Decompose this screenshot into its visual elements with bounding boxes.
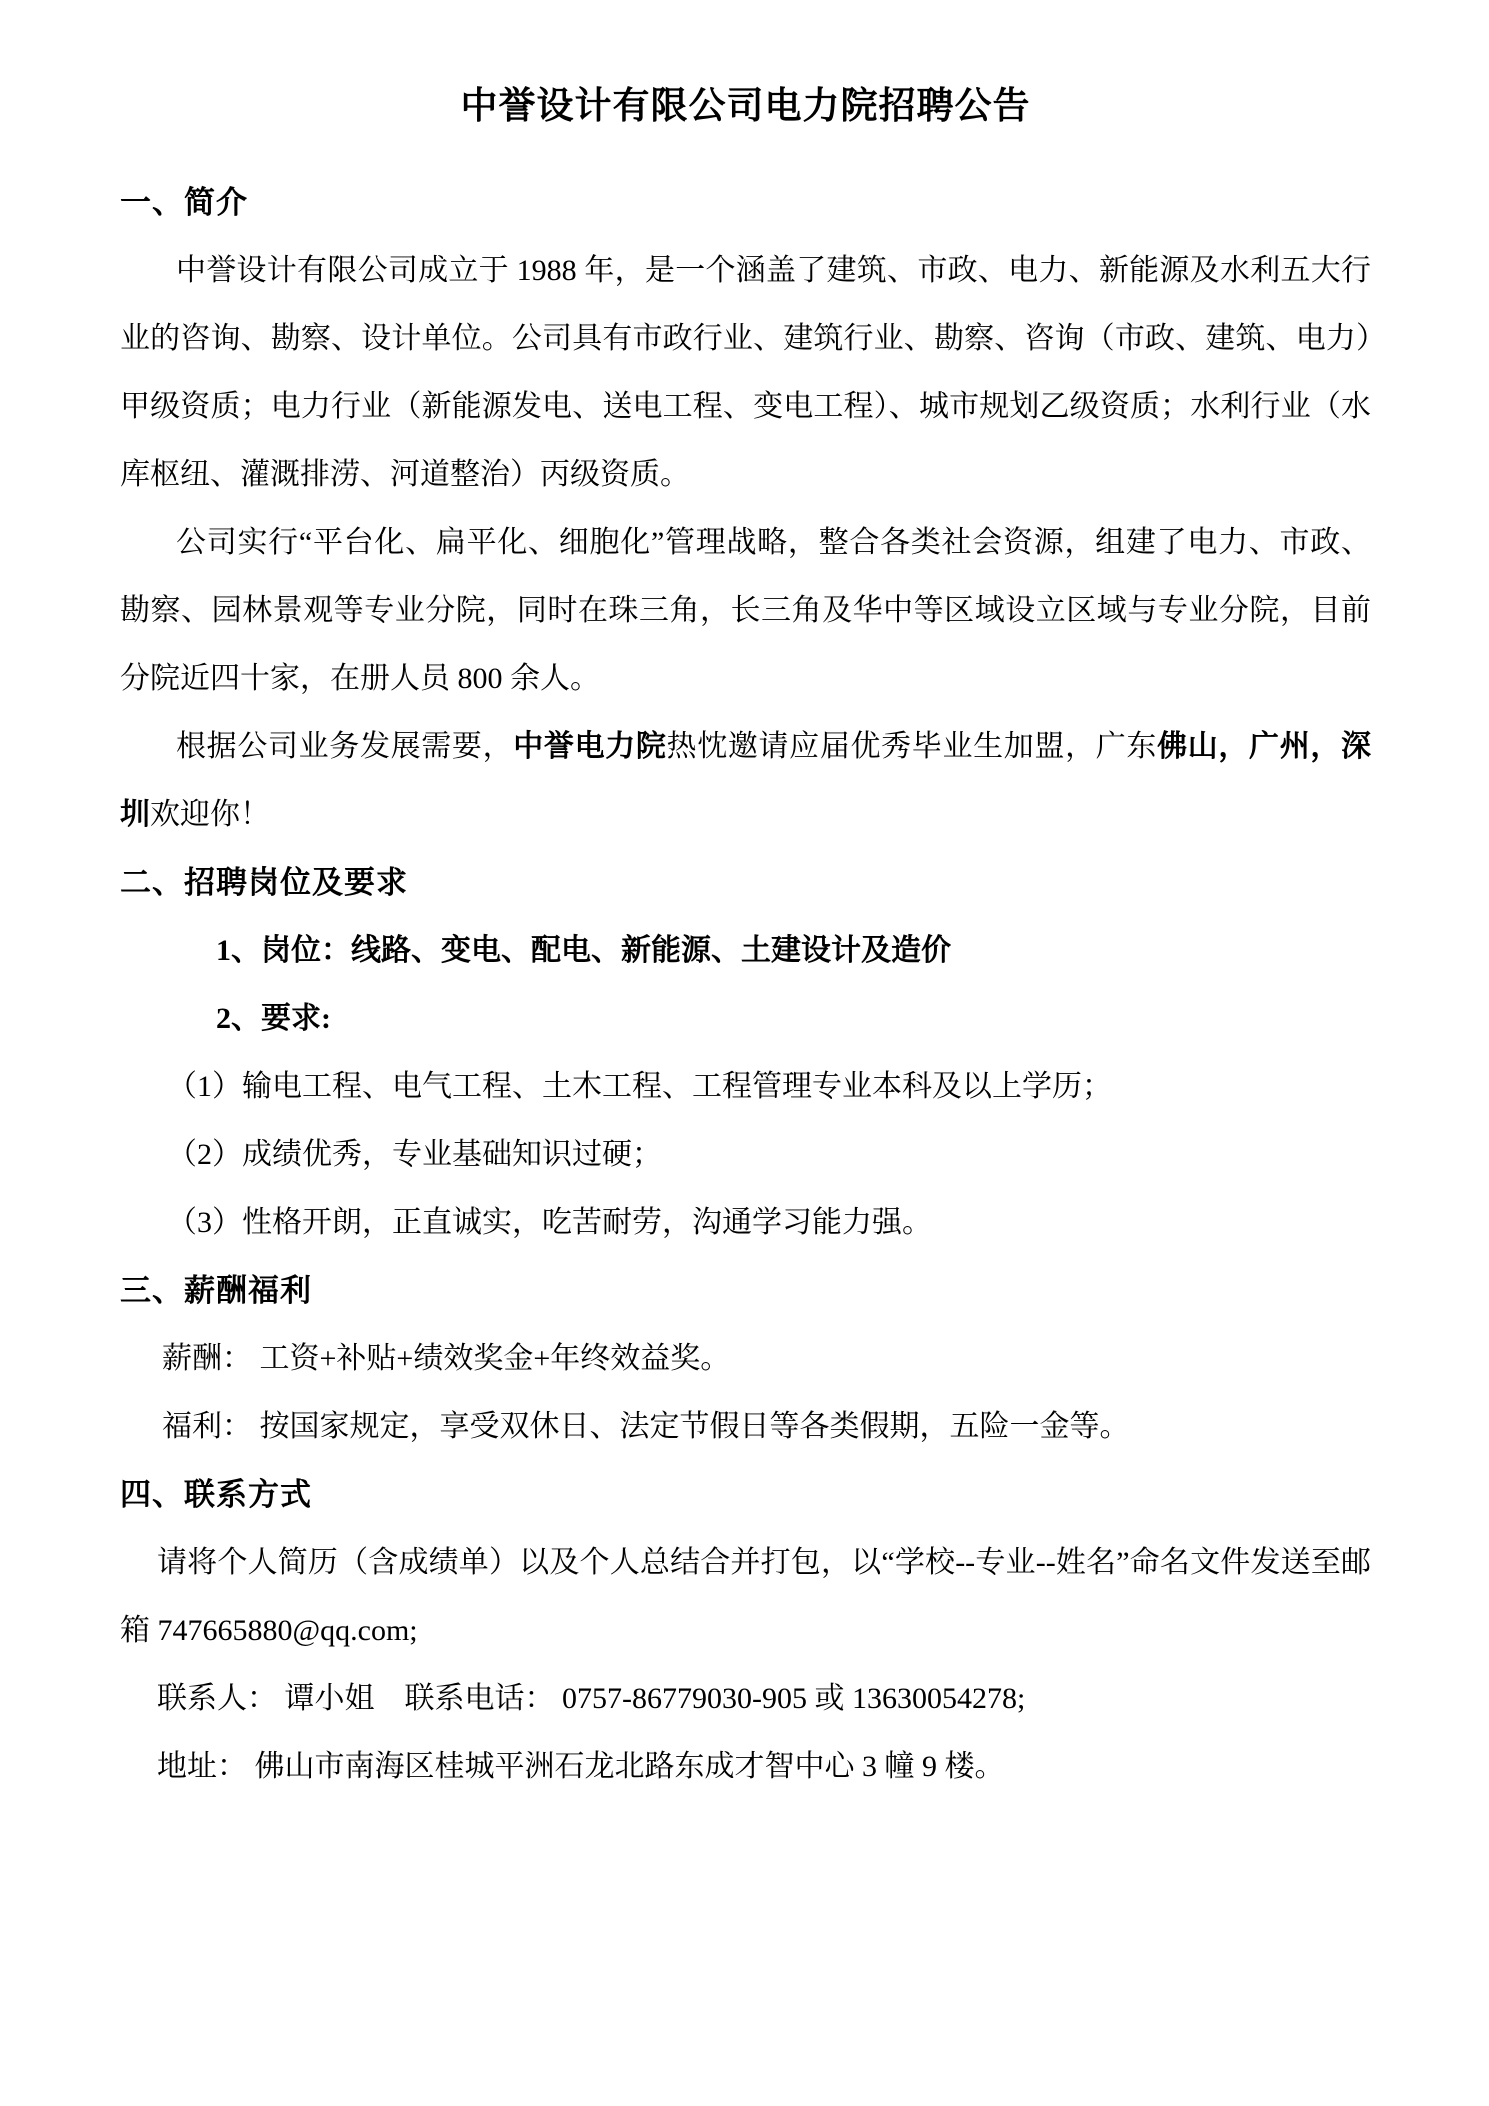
position-item: 1、岗位：线路、变电、配电、新能源、土建设计及造价 bbox=[216, 917, 1371, 985]
requirement-2: （2）成绩优秀，专业基础知识过硬； bbox=[167, 1121, 1371, 1189]
section-intro: 一、简介 中誉设计有限公司成立于 1988 年，是一个涵盖了建筑、市政、电力、新… bbox=[120, 169, 1371, 849]
address-line: 地址： 佛山市南海区桂城平洲石龙北路东成才智中心 3 幢 9 楼。 bbox=[157, 1733, 1371, 1801]
requirement-3: （3）性格开朗，正直诚实，吃苦耐劳，沟通学习能力强。 bbox=[167, 1189, 1371, 1257]
section-2-heading: 二、招聘岗位及要求 bbox=[120, 849, 1371, 917]
salary-line: 薪酬： 工资+补贴+绩效奖金+年终效益奖。 bbox=[162, 1325, 1371, 1393]
company-name-emphasis: 中誉电力院 bbox=[513, 730, 666, 763]
section-positions: 二、招聘岗位及要求 1、岗位：线路、变电、配电、新能源、土建设计及造价 2、要求… bbox=[120, 849, 1371, 1257]
intro-paragraph-1: 中誉设计有限公司成立于 1988 年，是一个涵盖了建筑、市政、电力、新能源及水利… bbox=[120, 237, 1371, 509]
intro-paragraph-2: 公司实行“平台化、扁平化、细胞化”管理战略，整合各类社会资源，组建了电力、市政、… bbox=[120, 509, 1371, 713]
welfare-line: 福利： 按国家规定，享受双休日、法定节假日等各类假期，五险一金等。 bbox=[162, 1393, 1371, 1461]
section-contact: 四、联系方式 请将个人简历（含成绩单）以及个人总结合并打包，以“学校--专业--… bbox=[120, 1461, 1371, 1801]
section-1-heading: 一、简介 bbox=[120, 169, 1371, 237]
section-3-heading: 三、薪酬福利 bbox=[120, 1257, 1371, 1325]
section-4-heading: 四、联系方式 bbox=[120, 1461, 1371, 1529]
document-page: 中誉设计有限公司电力院招聘公告 一、简介 中誉设计有限公司成立于 1988 年，… bbox=[0, 0, 1489, 2106]
intro-p3-segment: 欢迎你！ bbox=[150, 798, 270, 831]
intro-p3-segment: 根据公司业务发展需要， bbox=[176, 730, 513, 763]
section-compensation: 三、薪酬福利 薪酬： 工资+补贴+绩效奖金+年终效益奖。 福利： 按国家规定，享… bbox=[120, 1257, 1371, 1461]
intro-p3-segment: 热忱邀请应届优秀毕业生加盟，广东 bbox=[667, 730, 1158, 763]
intro-paragraph-3: 根据公司业务发展需要，中誉电力院热忱邀请应届优秀毕业生加盟，广东佛山，广州，深圳… bbox=[120, 713, 1371, 849]
requirement-1: （1）输电工程、电气工程、土木工程、工程管理专业本科及以上学历； bbox=[167, 1053, 1371, 1121]
application-instructions: 请将个人简历（含成绩单）以及个人总结合并打包，以“学校--专业--姓名”命名文件… bbox=[120, 1529, 1371, 1665]
requirements-label: 2、要求: bbox=[216, 985, 1371, 1053]
contact-person-line: 联系人： 谭小姐 联系电话： 0757-86779030-905 或 13630… bbox=[157, 1665, 1371, 1733]
document-title: 中誉设计有限公司电力院招聘公告 bbox=[120, 73, 1371, 141]
